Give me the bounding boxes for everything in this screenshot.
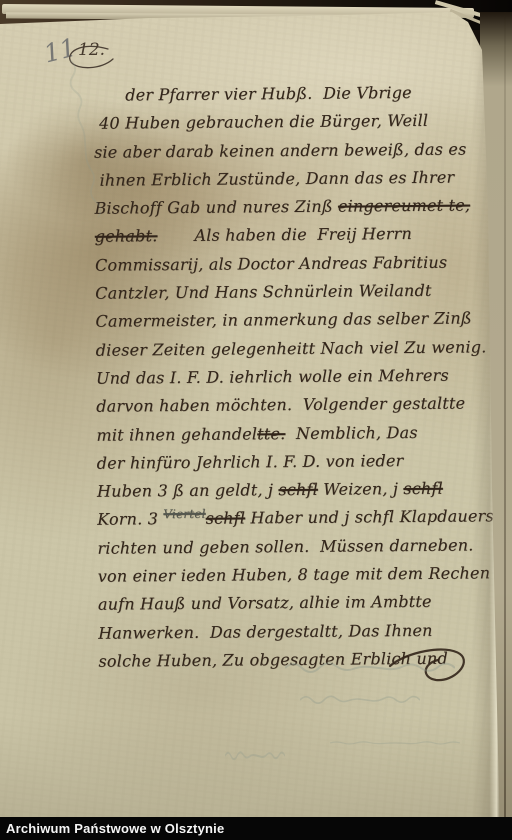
manuscript-line: Cantzler, Und Hans Schnürlein Weilandt [95,276,492,308]
verso-show-through [330,738,460,748]
manuscript-line: der Pfarrer vier Hubß. Die Vbrige [93,78,490,110]
archive-watermark-bar: Archiwum Państwowe w Olsztynie [0,817,512,840]
manuscript-page: 11 12. der Pfarrer vier Hubß. Die Vbrige… [0,10,500,840]
verso-show-through [225,748,285,764]
page-gap-line [504,12,506,840]
manuscript-line: dieser Zeiten gelegenheitt Nach viel Zu … [96,333,493,365]
manuscript-line: Huben 3 ß an geldt, j schfl Weizen, j sc… [97,474,494,506]
manuscript-line: gehabt. Als haben die Freij Herrn [95,220,492,252]
manuscript-line: Und das I. F. D. iehrlich wolle ein Mehr… [96,361,493,393]
ink-folio-number: 12. [78,40,105,60]
manuscript-line: Commissarij, als Doctor Andreas Fabritiu… [95,248,492,280]
manuscript-line: mit ihnen gehandeltte. Nemblich, Das [96,418,493,450]
manuscript-line: ihnen Erblich Zustünde, Dann das es Ihre… [94,163,491,195]
manuscript-line: solche Huben, Zu obgesagten Erblich und [98,644,495,676]
archival-scan: 11 12. der Pfarrer vier Hubß. Die Vbrige… [0,0,512,840]
manuscript-line: von einer ieden Huben, 8 tage mit dem Re… [98,559,495,591]
manuscript-line: Camermeister, in anmerkung das selber Zi… [95,305,492,337]
archive-watermark-label: Archiwum Państwowe w Olsztynie [6,821,224,836]
manuscript-line: Bischoff Gab und nures Zinß eingereumet … [94,191,491,223]
manuscript-line: Korn. 3 Viertelschfl Haber und j schfl K… [97,503,494,535]
manuscript-line: sie aber darab keinen andern beweiß, das… [94,135,491,167]
manuscript-line: aufn Hauß und Vorsatz, alhie im Ambtte [98,588,495,620]
manuscript-line: richten und geben sollen. Müssen darnebe… [97,531,494,563]
manuscript-line: 40 Huben gebrauchen die Bürger, Weill [94,107,491,139]
verso-show-through [300,692,420,708]
manuscript-line: der hinfüro Jehrlich I. F. D. von ieder [97,446,494,478]
manuscript-line: darvon haben möchten. Volgender gestaltt… [96,390,493,422]
manuscript-line: Hanwerken. Das dergestaltt, Das Ihnen [98,616,495,648]
handwriting-block: der Pfarrer vier Hubß. Die Vbrige 40 Hub… [93,78,495,676]
